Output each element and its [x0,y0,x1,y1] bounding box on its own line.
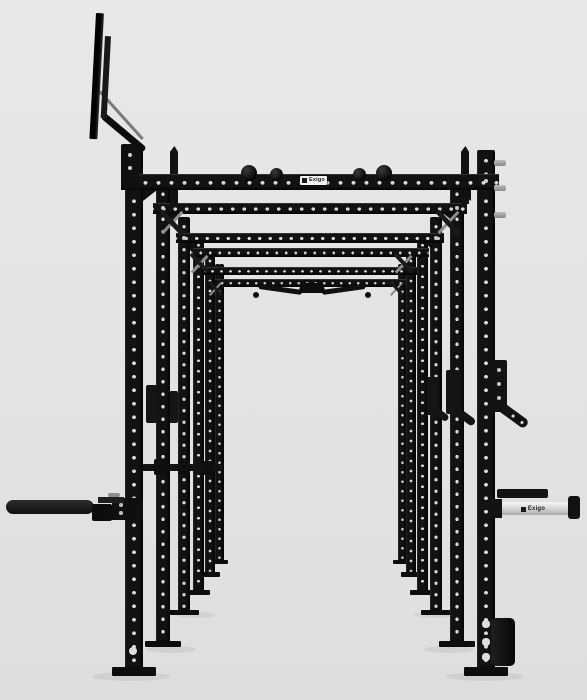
bolt-hole [119,511,123,515]
j-hook-bracket [169,391,178,423]
upright-left-2 [156,184,170,641]
crossbar-5 [203,267,417,275]
spotter-arm-pad [6,500,94,514]
bolt-hole [482,620,489,627]
safety-bar-upper [497,489,548,498]
bolt-hole [482,638,489,645]
exigo-logo-text: Exigo [309,178,325,184]
cannonball-grip [241,165,257,181]
bolt-hole [365,292,371,298]
cannonball-grip [376,165,392,181]
spotter-arm-pin [108,493,120,497]
bolt-hole [434,236,438,240]
storage-bar-clamp [178,460,190,475]
spotter-arm-clamp [92,504,112,521]
exigo-logo-icon [302,178,307,183]
crossbar-3 [176,233,444,243]
upright-right-4 [417,236,428,590]
gusset-plate [143,190,157,201]
band-peg [494,160,506,166]
bolt-hole [129,647,137,655]
flip-board-back-panel [101,36,111,118]
rack-structure [0,0,587,700]
spotter-arm-top-plate [98,497,124,503]
safety-arm-end-cap [568,496,580,519]
exigo-logo-icon [521,507,526,512]
j-hook-bracket [146,385,157,423]
ground-shadow [424,646,474,653]
foot-plate-right-3 [421,610,451,615]
exigo-logo-text: Exigo [528,506,545,512]
ground-shadow [146,646,196,653]
upright-left-1 [125,150,143,667]
product-photo-scene: Exigo Exigo [0,0,587,700]
band-peg [494,185,506,191]
upright-left-3 [178,217,190,610]
foot-plate-left-2 [145,641,181,647]
bolt-hole [497,382,501,386]
bolt-hole [182,236,186,240]
bolt-hole [482,653,489,660]
upright-left-5 [205,252,215,572]
cannonball-grip [353,168,366,181]
foot-plate-left-1 [112,667,156,676]
upright-left-4 [193,236,204,590]
bolt-hole [497,368,501,372]
crossbar-4 [191,248,429,257]
foot-plate-left-3 [169,610,199,615]
storage-bar-clamp [203,461,214,475]
storage-bar-clamp [154,459,168,475]
band-peg [494,212,506,218]
cannonball-grip [270,168,283,181]
exigo-badge-spotter-arm: Exigo [512,504,554,514]
foot-plate-right-2 [439,641,475,647]
bolt-hole [119,503,123,507]
exigo-badge-crossbar: Exigo [300,176,327,185]
flip-board-panel [89,13,104,139]
plate-storage-block [491,618,515,666]
lever-arm-bracket [446,370,459,414]
foot-plate-right-1 [464,667,508,676]
lever-arm-bracket [427,377,438,415]
bolt-hole [497,396,501,400]
safety-arm-mount [489,499,502,518]
upright-right-5 [406,252,416,572]
bolt-hole [253,292,259,298]
upright-left-6 [215,264,224,560]
crossbar-2 [153,203,467,214]
